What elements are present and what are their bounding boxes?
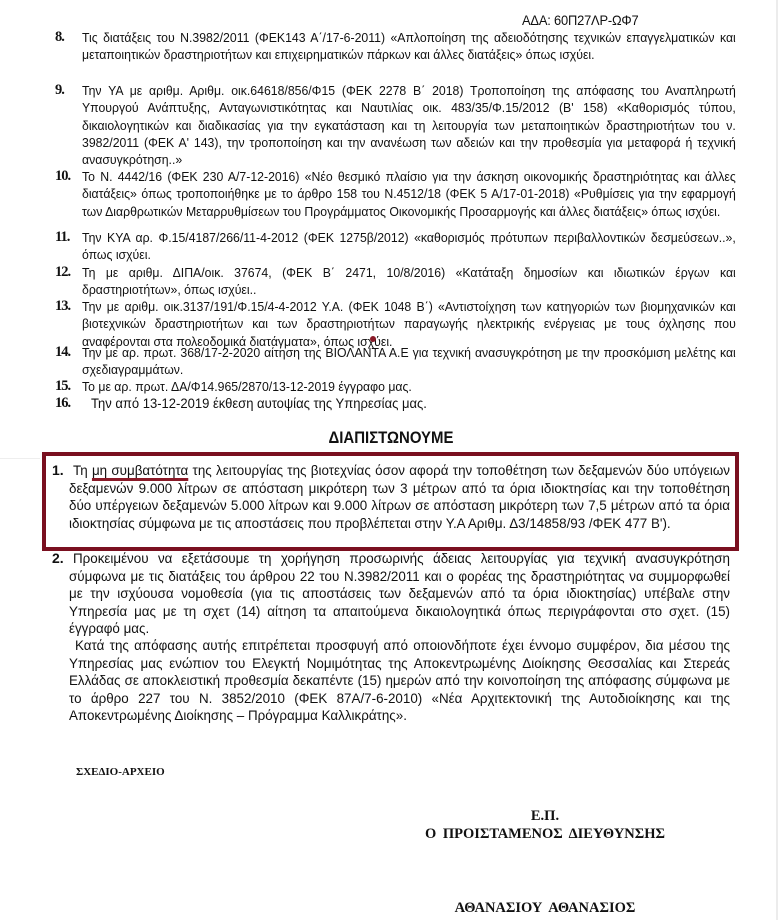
draft-label: ΣΧΕΔΙΟ-ΑΡΧΕΙΟ [76, 766, 165, 778]
signature-on-behalf: Ε.Π. [380, 808, 710, 825]
finding-text: Προκειμένου να εξετάσουμε τη χορήγηση πρ… [69, 550, 730, 638]
appeal-paragraph: Κατά της απόφασης αυτής επιτρέπεται προσ… [69, 637, 730, 725]
reference-text: Την από 13-12-2019 έκθεση αυτοψίας της Υ… [91, 395, 745, 412]
underlined-phrase: μη συμβατότητα [92, 463, 188, 478]
divider [0, 458, 40, 459]
reference-number: 15. [55, 378, 70, 395]
reference-number: 10. [55, 168, 70, 185]
reference-number: 11. [55, 229, 69, 246]
reference-number: 16. [55, 395, 70, 412]
reference-text: Την ΚΥΑ αρ. Φ.15/4187/266/11-4-2012 (ΦΕΚ… [82, 229, 736, 264]
reference-text: Την με αριθμ. οικ.3137/191/Φ.15/4-4-2012… [82, 298, 736, 350]
finding-lead: Τη [73, 463, 92, 478]
section-heading: ΔΙΑΠΙΣΤΩΝΟΥΜΕ [47, 428, 735, 448]
finding-number: 2. [52, 550, 64, 566]
page-edge [776, 0, 778, 920]
reference-text: Την με αρ. πρωτ. 368/17-2-2020 αίτηση τη… [82, 344, 736, 379]
reference-number: 8. [55, 29, 64, 46]
signature-title: Ο ΠΡΟΙΣΤΑΜΕΝΟΣ ΔΙΕΥΘΥΝΣΗΣ [380, 826, 710, 843]
annotation-dot [370, 336, 376, 342]
reference-text: Το με αρ. πρωτ. ΔΑ/Φ14.965/2870/13-12-20… [82, 378, 736, 395]
reference-text: Τη με αριθμ. ΔΙΠΑ/οικ. 37674, (ΦΕΚ Β΄ 24… [82, 264, 736, 299]
reference-number: 9. [55, 82, 64, 99]
finding-number: 1. [52, 462, 64, 478]
finding-text: Τη μη συμβατότητα της λειτουργίας της βι… [69, 462, 730, 532]
reference-text: Το Ν. 4442/16 (ΦΕΚ 230 Α/7-12-2016) «Νέο… [82, 168, 736, 220]
reference-number: 13. [55, 298, 70, 315]
signature-name: ΑΘΑΝΑΣΙΟΥ ΑΘΑΝΑΣΙΟΣ [380, 900, 710, 917]
reference-text: Τις διατάξεις του Ν.3982/2011 (ΦΕΚ143 Α΄… [82, 29, 736, 64]
ada-code: ΑΔΑ: 60Π27ΛΡ-ΩΦ7 [522, 12, 639, 28]
reference-number: 14. [55, 344, 70, 361]
reference-number: 12. [55, 264, 70, 281]
reference-text: Την ΥΑ με αριθμ. Αριθμ. οικ.64618/856/Φ1… [82, 82, 736, 168]
